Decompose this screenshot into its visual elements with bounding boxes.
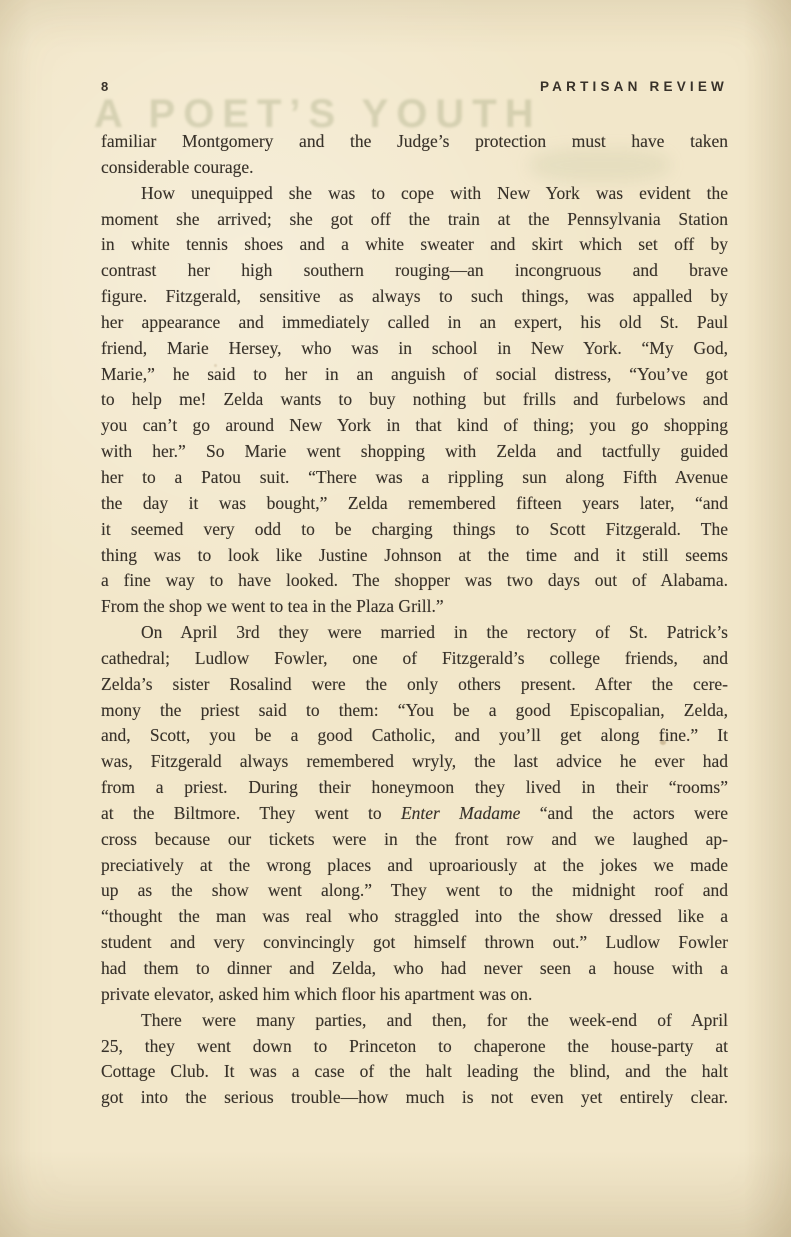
text-line: at the Biltmore. They went to Enter Mada… bbox=[101, 801, 728, 827]
text-line: friend, Marie Hersey, who was in school … bbox=[101, 336, 728, 362]
running-header: 8 PARTISAN REVIEW bbox=[101, 79, 728, 94]
italic-text: Enter Madame bbox=[401, 803, 520, 823]
text-line: mony the priest said to them: “You be a … bbox=[101, 698, 728, 724]
text-line: On April 3rd they were married in the re… bbox=[101, 620, 728, 646]
text-line: figure. Fitzgerald, sensitive as always … bbox=[101, 284, 728, 310]
text-line: was, Fitzgerald always remembered wryly,… bbox=[101, 749, 728, 775]
text-line: “thought the man was real who straggled … bbox=[101, 904, 728, 930]
text-segment: at the Biltmore. They went to bbox=[101, 803, 401, 823]
text-line: familiar Montgomery and the Judge’s prot… bbox=[101, 129, 728, 155]
text-line: it seemed very odd to be charging things… bbox=[101, 517, 728, 543]
text-line: Marie,” he said to her in an anguish of … bbox=[101, 362, 728, 388]
text-line: student and very convincingly got himsel… bbox=[101, 930, 728, 956]
text-line: to help me! Zelda wants to buy nothing b… bbox=[101, 387, 728, 413]
text-line: Cottage Club. It was a case of the halt … bbox=[101, 1059, 728, 1085]
text-line: and, Scott, you be a good Catholic, and … bbox=[101, 723, 728, 749]
text-line: cathedral; Ludlow Fowler, one of Fitzger… bbox=[101, 646, 728, 672]
text-line: considerable courage. bbox=[101, 155, 728, 181]
text-line: had them to dinner and Zelda, who had ne… bbox=[101, 956, 728, 982]
text-line: with her.” So Marie went shopping with Z… bbox=[101, 439, 728, 465]
text-line: moment she arrived; she got off the trai… bbox=[101, 207, 728, 233]
page-number: 8 bbox=[101, 79, 109, 94]
text-line: private elevator, asked him which floor … bbox=[101, 982, 728, 1008]
text-line: There were many parties, and then, for t… bbox=[101, 1008, 728, 1034]
text-line: Zelda’s sister Rosalind were the only ot… bbox=[101, 672, 728, 698]
text-line: the day it was bought,” Zelda remembered… bbox=[101, 491, 728, 517]
journal-title: PARTISAN REVIEW bbox=[540, 79, 728, 94]
text-line: her to a Patou suit. “There was a rippli… bbox=[101, 465, 728, 491]
text-line: got into the serious trouble—how much is… bbox=[101, 1085, 728, 1111]
text-line: How unequipped she was to cope with New … bbox=[101, 181, 728, 207]
text-line: contrast her high southern rouging—an in… bbox=[101, 258, 728, 284]
text-line: thing was to look like Justine Johnson a… bbox=[101, 543, 728, 569]
body-text: familiar Montgomery and the Judge’s prot… bbox=[101, 129, 728, 1111]
text-line: in white tennis shoes and a white sweate… bbox=[101, 232, 728, 258]
text-line: preciatively at the wrong places and upr… bbox=[101, 853, 728, 879]
text-line: you can’t go around New York in that kin… bbox=[101, 413, 728, 439]
text-line: up as the show went along.” They went to… bbox=[101, 878, 728, 904]
scanned-book-page: A POET’S YOUTH 8 PARTISAN REVIEW familia… bbox=[0, 0, 791, 1237]
text-line: From the shop we went to tea in the Plaz… bbox=[101, 594, 728, 620]
text-line: her appearance and immediately called in… bbox=[101, 310, 728, 336]
text-segment: “and the actors were bbox=[520, 803, 728, 823]
text-line: from a priest. During their honeymoon th… bbox=[101, 775, 728, 801]
text-line: cross because our tickets were in the fr… bbox=[101, 827, 728, 853]
text-line: 25, they went down to Princeton to chape… bbox=[101, 1034, 728, 1060]
text-line: a fine way to have looked. The shopper w… bbox=[101, 568, 728, 594]
